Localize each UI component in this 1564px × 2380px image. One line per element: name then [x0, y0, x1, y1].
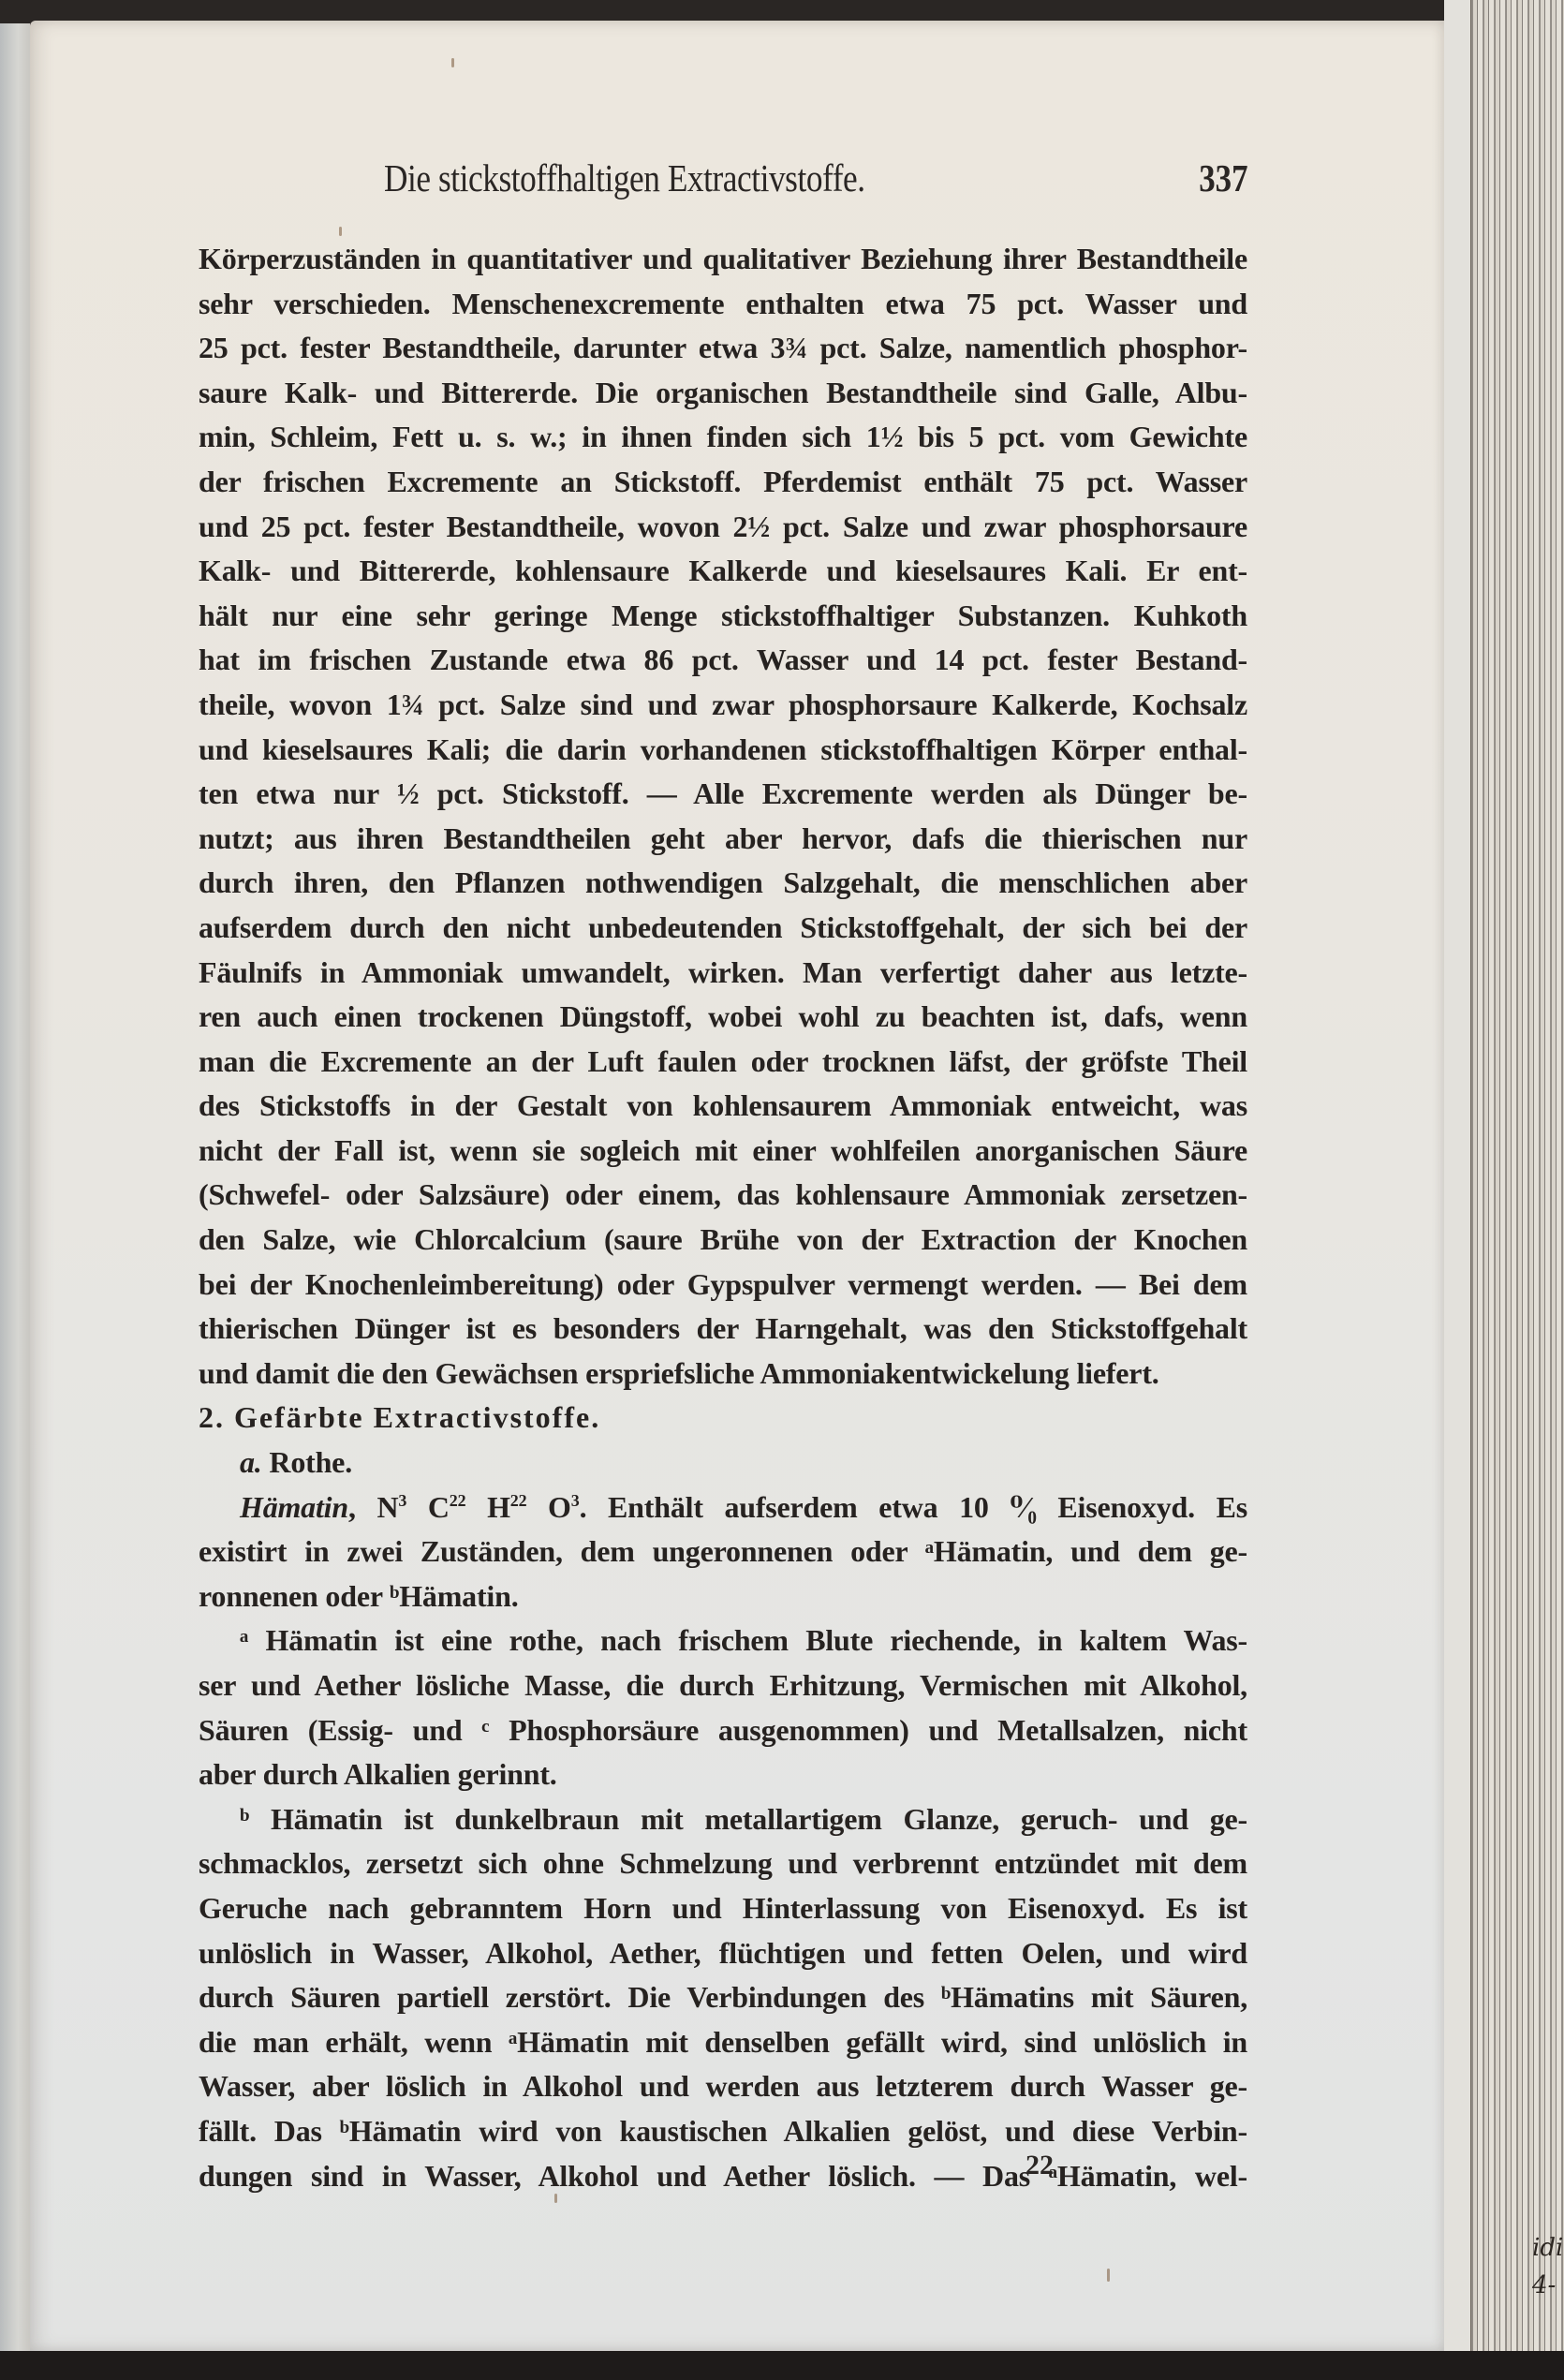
page-number: 337 [1199, 155, 1247, 200]
text-line: thierischen Dünger ist es besonders der … [199, 1307, 1247, 1352]
term-haematin: Hämatin [240, 1490, 348, 1524]
text-line: und kieselsaures Kali; die darin vorhand… [199, 728, 1247, 773]
text-line: unlöslich in Wasser, Alkohol, Aether, fl… [199, 1931, 1247, 1976]
running-header: Die stickstoffhaltigen Extractivstoffe. … [199, 155, 1247, 202]
page-stack-edge [1444, 0, 1564, 2380]
text-line: der frischen Excremente an Stickstoff. P… [199, 460, 1247, 505]
paper-speck [1107, 2269, 1110, 2282]
text-line: existirt in zwei Zuständen, dem ungeronn… [199, 1530, 1247, 1574]
text-line: durch Säuren partiell zerstört. Die Verb… [199, 1975, 1247, 2020]
handwritten-margin-note: idio 4- [1532, 2229, 1564, 2304]
text-line: saure Kalk- und Bittererde. Die organisc… [199, 371, 1247, 416]
formula-subscript: 22 [510, 1491, 527, 1510]
margin-note-line: idio [1532, 2229, 1564, 2267]
text-line: durch ihren, den Pflanzen nothwendigen S… [199, 861, 1247, 906]
scan-bottom-edge [0, 2351, 1564, 2380]
formula-element: N [376, 1490, 398, 1524]
next-leaf-edge [1444, 0, 1471, 2380]
text-line: dungen sind in Wasser, Alkohol und Aethe… [199, 2154, 1247, 2199]
text-line: (Schwefel- oder Salzsäure) oder einem, d… [199, 1173, 1247, 1218]
text-line: des Stickstoffs in der Gestalt von kohle… [199, 1084, 1247, 1129]
formula-element: O [548, 1490, 571, 1524]
text-line: theile, wovon 1¾ pct. Salze sind und zwa… [199, 683, 1247, 728]
section-heading: 2. Gefärbte Extractivstoffe. [199, 1396, 1247, 1441]
text-line: ronnenen oder ᵇHämatin. [199, 1574, 1247, 1619]
text-line: sehr verschieden. Menschenexcremente ent… [199, 282, 1247, 327]
text-line: 25 pct. fester Bestandtheile, darunter e… [199, 326, 1247, 371]
text-line: ser und Aether lösliche Masse, die durch… [199, 1663, 1247, 1708]
formula-element: C [428, 1490, 450, 1524]
text-line: ᵇ Hämatin ist dunkelbraun mit metallarti… [199, 1797, 1247, 1842]
formula-element: H [487, 1490, 510, 1524]
formula-subscript: 22 [450, 1491, 466, 1510]
text-line: aufserdem durch den nicht unbedeutenden … [199, 906, 1247, 951]
formula-subscript: 3 [571, 1491, 580, 1510]
text-line: den Salze, wie Chlorcalcium (saure Brühe… [199, 1218, 1247, 1263]
text-line: fällt. Das ᵇHämatin wird von kaustischen… [199, 2109, 1247, 2154]
text-line: Geruche nach gebranntem Horn und Hinterl… [199, 1886, 1247, 1931]
text-line: min, Schleim, Fett u. s. w.; in ihnen fi… [199, 415, 1247, 460]
margin-note-line: 4- [1532, 2267, 1564, 2304]
text-line: ten etwa nur ½ pct. Stickstoff. — Alle E… [199, 772, 1247, 817]
text-line: man die Excremente an der Luft faulen od… [199, 1040, 1247, 1085]
text-line: und 25 pct. fester Bestandtheile, wovon … [199, 505, 1247, 550]
running-head-title: Die stickstoffhaltigen Extractivstoffe. [384, 155, 865, 200]
paper-speck [339, 227, 342, 236]
text-line: Säuren (Essig- und ᶜ Phosphorsäure ausge… [199, 1708, 1247, 1753]
subsection-heading: a. Rothe. [199, 1441, 1247, 1486]
text-line: Körperzuständen in quantitativer und qua… [199, 237, 1247, 282]
text-line: hat im frischen Zustande etwa 86 pct. Wa… [199, 638, 1247, 683]
text-line: ᵃ Hämatin ist eine rothe, nach frischem … [199, 1619, 1247, 1663]
text-line: und damit die den Gewächsen erspriefslic… [199, 1352, 1247, 1397]
paper-speck [451, 58, 454, 67]
text-line: schmacklos, zersetzt sich ohne Schmelzun… [199, 1841, 1247, 1886]
haematin-definition-line: Hämatin, N3 C22 H22 O3. Enthält aufserde… [199, 1486, 1247, 1530]
text-line: Kalk- und Bittererde, kohlensaure Kalker… [199, 549, 1247, 594]
subsection-title: Rothe. [269, 1445, 352, 1479]
text-line: Wasser, aber löslich in Alkohol und werd… [199, 2064, 1247, 2109]
previous-page-edge [0, 23, 30, 2365]
text-line: aber durch Alkalien gerinnt. [199, 1752, 1247, 1797]
text-line: nicht der Fall ist, wenn sie sogleich mi… [199, 1129, 1247, 1174]
body-text: Körperzuständen in quantitativer und qua… [199, 237, 1247, 2198]
subsection-label: a. [240, 1445, 262, 1479]
text-fragment: . Enthält aufserdem etwa 10 ⁰⁄₀ Eisenoxy… [580, 1490, 1247, 1524]
formula-subscript: 3 [398, 1491, 406, 1510]
text-line: ren auch einen trockenen Düngstoff, wobe… [199, 995, 1247, 1040]
text-line: die man erhält, wenn ᵃHämatin mit densel… [199, 2020, 1247, 2065]
signature-mark: 22 [1025, 2150, 1054, 2181]
text-line: nutzt; aus ihren Bestandtheilen geht abe… [199, 817, 1247, 862]
text-line: Fäulnifs in Ammoniak umwandelt, wirken. … [199, 951, 1247, 996]
text-line: hält nur eine sehr geringe Menge stickst… [199, 594, 1247, 639]
text-line: bei der Knochenleimbereitung) oder Gypsp… [199, 1263, 1247, 1308]
